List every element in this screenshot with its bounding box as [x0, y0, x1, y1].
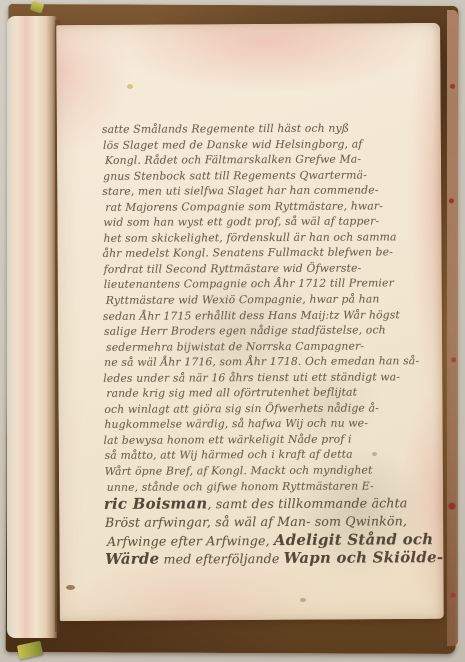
marbled-cover-edge — [447, 10, 458, 646]
manuscript-line: sedermehra bijwistat de Norrska Campagne… — [106, 338, 424, 355]
manuscript-line: så måtto, att Wij härmed och i kraft af … — [105, 447, 425, 464]
manuscript-line: och winlagt att giöra sig sin Öfwerhets … — [104, 400, 424, 417]
manuscript-line: Bröst arfwingar, så wäl af Man- som Qwin… — [105, 512, 425, 532]
manuscript-line: stare, men uti sielfwa Slaget har han co… — [102, 182, 423, 199]
manuscript-line: Wårt öpne Bref, af Kongl. Mackt och mynd… — [105, 462, 425, 479]
paper-fox-spot — [66, 585, 75, 590]
manuscript-line: Ryttmästare wid Wexiö Compagnie, hwar på… — [106, 291, 424, 308]
manuscript-line: gnus Stenbock satt till Regements Qwarte… — [103, 167, 423, 184]
paper-fox-spot — [300, 598, 306, 602]
manuscript-line: Wärde med efterföljande Wapn och Skiölde… — [105, 548, 425, 568]
manuscript-line: åhr medelst Kongl. Senatens Fullmackt bl… — [102, 245, 423, 262]
page-gutter-curl — [7, 16, 57, 638]
manuscript-line: Arfwinge efter Arfwinge, Adeligit Stånd … — [107, 530, 425, 550]
manuscript-line: satte Smålands Regemente till häst och n… — [102, 120, 423, 137]
manuscript-line: unne, stånde och gifwe honom Ryttmästare… — [107, 478, 425, 495]
manuscript-line: rande krig sig med all oförtrutenhet bef… — [106, 384, 424, 401]
photographed-book-page: satte Smålands Regemente till häst och n… — [0, 0, 465, 662]
manuscript-text: satte Smålands Regemente till häst och n… — [103, 120, 425, 568]
manuscript-line: salige Herr Broders egen nådige stadfäst… — [104, 322, 424, 339]
manuscript-line: het som skickelighet, fördenskull är han… — [103, 229, 423, 246]
paper-fox-spot — [127, 84, 133, 89]
manuscript-line: sedan Åhr 1715 erhållit dess Hans Maij:t… — [103, 307, 424, 324]
manuscript-line: Kongl. Rådet och Fältmarskalken Grefwe M… — [105, 151, 423, 168]
manuscript-line: lieutenantens Compagnie och Åhr 1712 til… — [104, 276, 424, 293]
manuscript-line: ne så wäl Åhr 1716, som Åhr 1718. Och em… — [104, 353, 424, 370]
manuscript-line: wid som han wyst ett godt prof, så wäl a… — [103, 213, 423, 230]
manuscript-line: hugkommelse wärdig, så hafwa Wij och nu … — [104, 416, 424, 433]
manuscript-line: rat Majorens Compagnie som Ryttmästare, … — [105, 198, 423, 215]
manuscript-line: lat bewysa honom ett wärkeligit Nåde pro… — [103, 431, 424, 448]
manuscript-line: fordrat till Second Ryttmästare wid Öfwe… — [104, 260, 424, 277]
manuscript-line: ledes under så när 16 åhrs tienst uti et… — [103, 369, 424, 386]
manuscript-line: lös Slaget med de Danske wid Helsingborg… — [103, 136, 423, 153]
manuscript-line: ric Boisman, samt des tillkommande ächta — [104, 493, 425, 513]
